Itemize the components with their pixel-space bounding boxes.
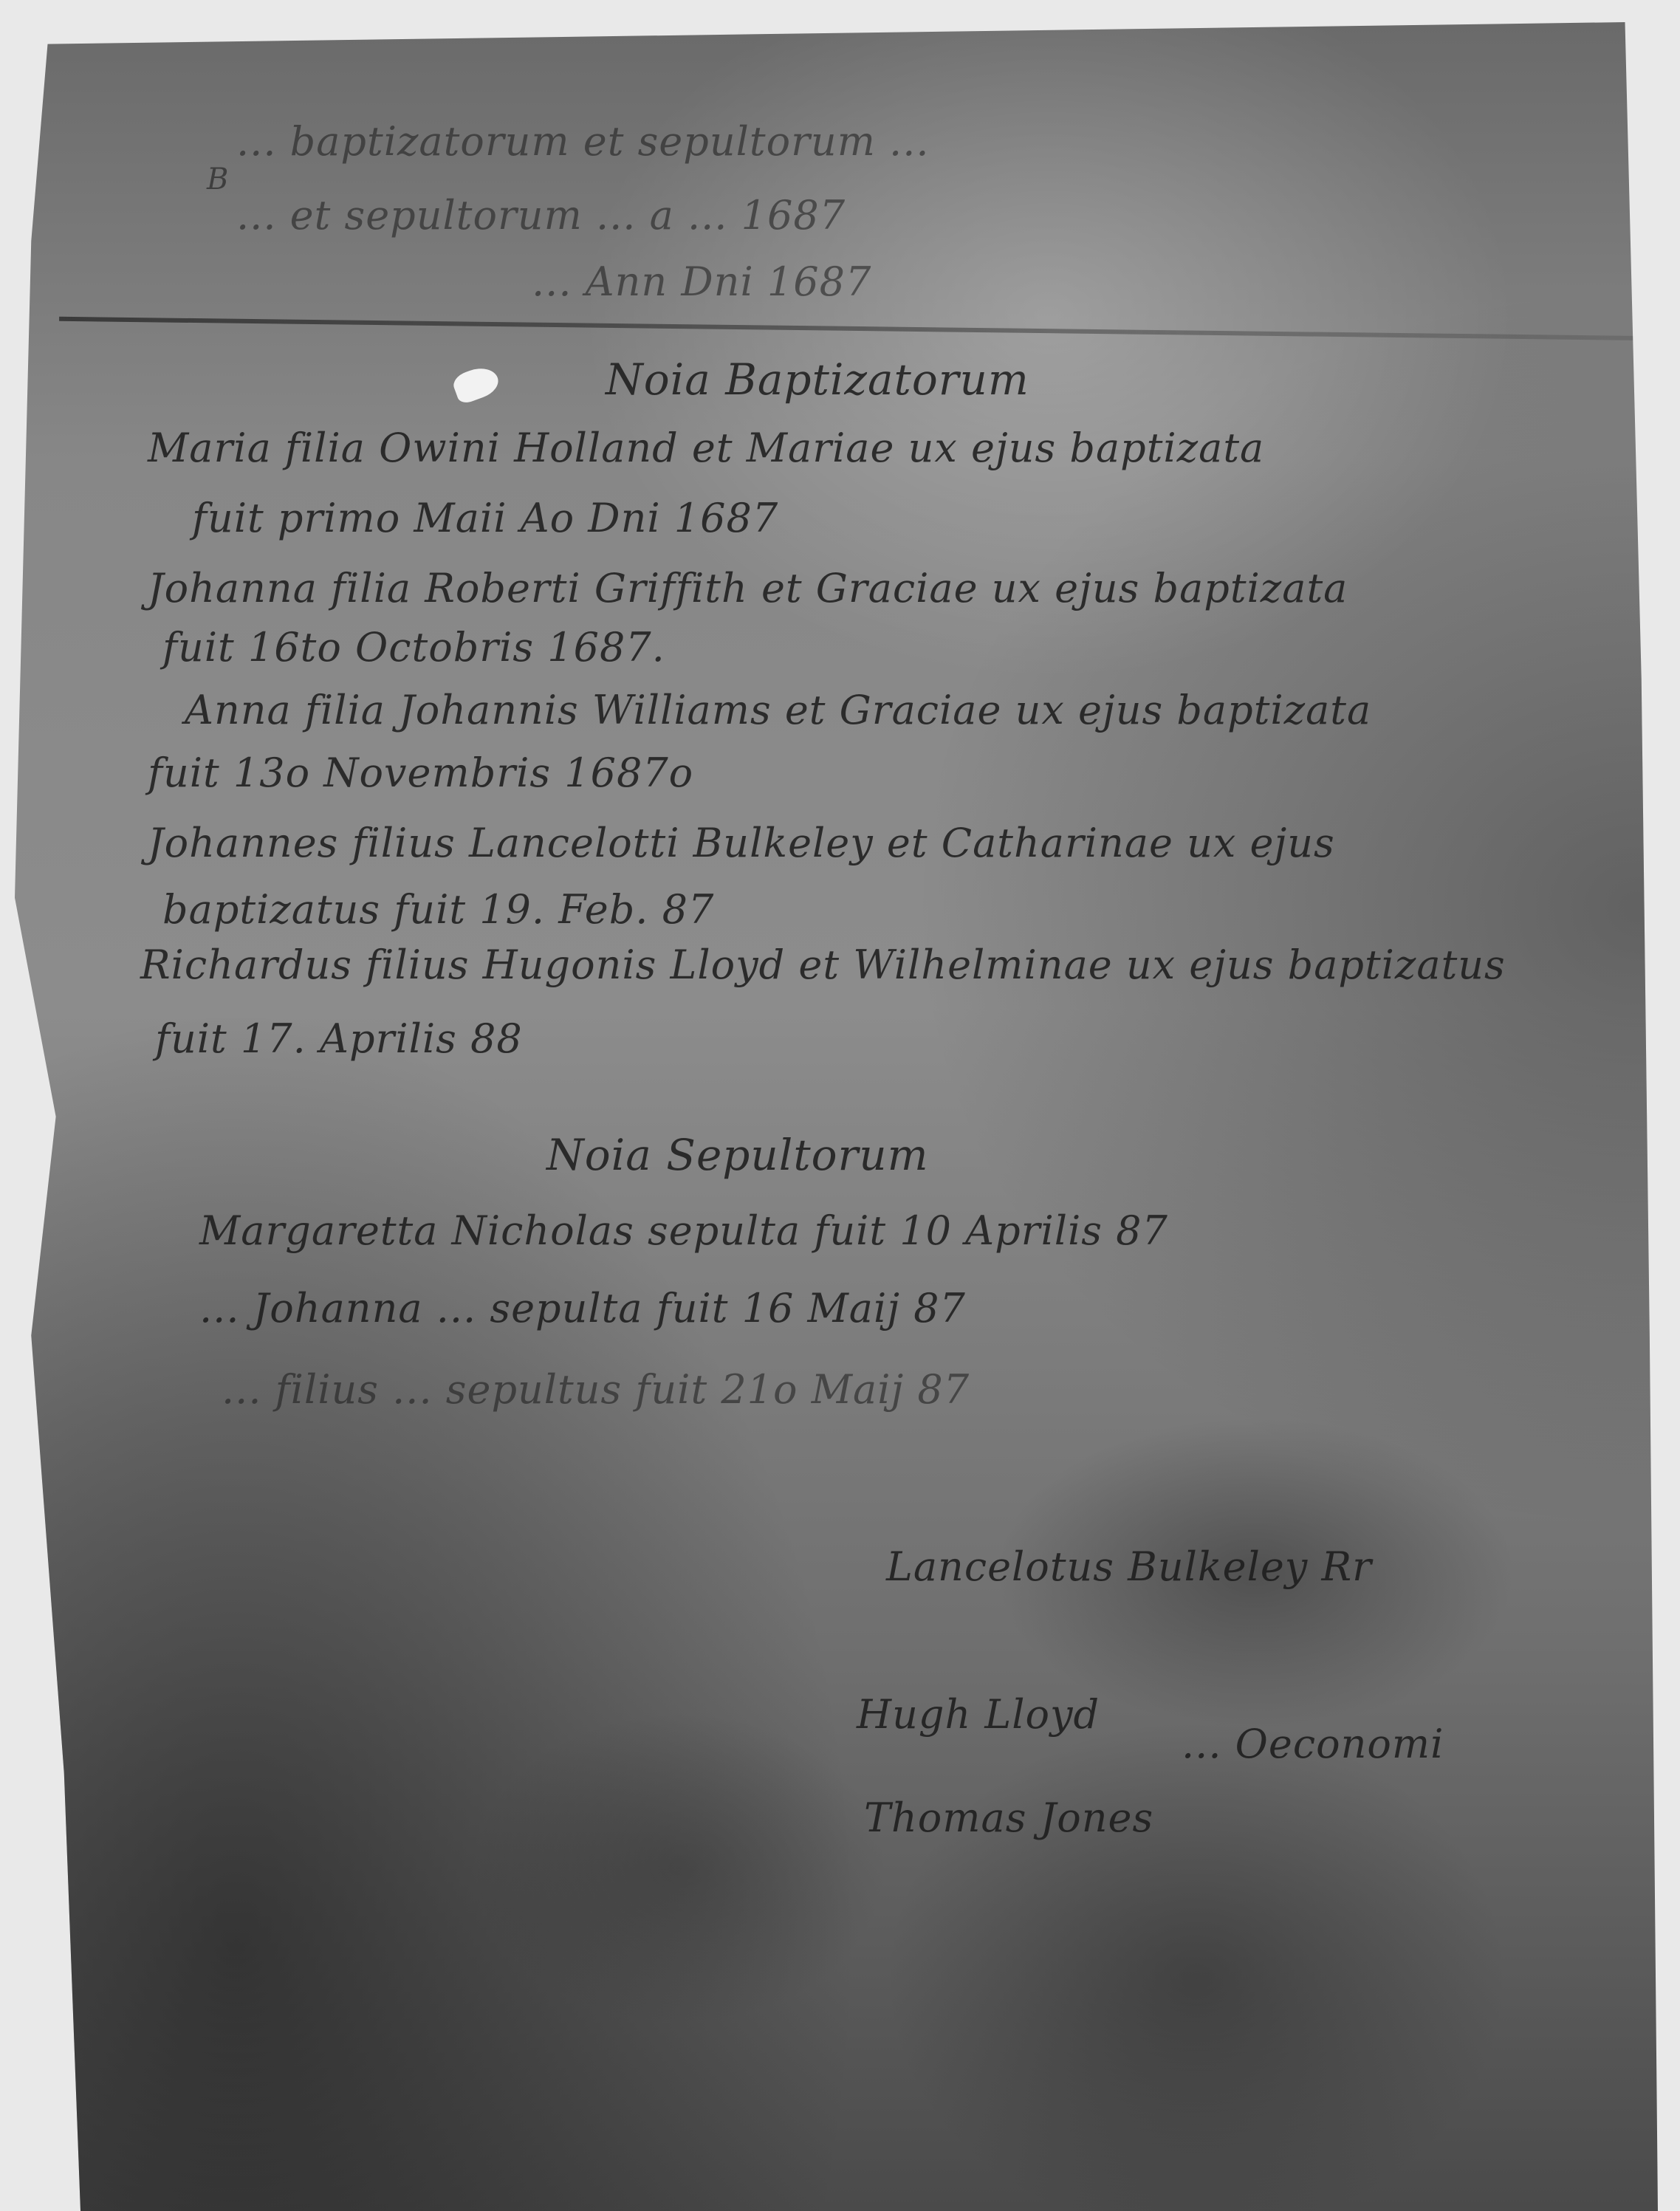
burial-entry: ... Johanna ... sepulta fuit 16 Maij 87 [199, 1285, 966, 1331]
baptism-entry: fuit primo Maii Ao Dni 1687 [192, 495, 778, 541]
signature-warden-1: Hugh Lloyd [857, 1691, 1100, 1738]
manuscript-page: ... baptizatorum et sepultorum ... ... e… [15, 22, 1658, 2211]
baptism-entry: fuit 13o Novembris 1687o [148, 750, 693, 796]
baptism-entry: Maria filia Owini Holland et Mariae ux e… [148, 425, 1264, 471]
baptism-entry: Johanna filia Roberti Griffith et Gracia… [148, 565, 1348, 611]
baptism-entry: fuit 16to Octobris 1687. [162, 624, 665, 671]
baptism-entry: Anna filia Johannis Williams et Graciae … [185, 687, 1371, 733]
burials-heading: Noia Sepultorum [546, 1130, 929, 1180]
paper-tear-hole [450, 363, 502, 405]
burial-entry: ... filius ... sepultus fuit 21o Maij 87 [222, 1366, 970, 1413]
signature-title: ... Oeconomi [1182, 1721, 1444, 1767]
header-line-2: ... et sepultorum ... a ... 1687 [236, 192, 846, 239]
baptism-entry: baptizatus fuit 19. Feb. 87 [162, 886, 714, 933]
baptism-entry: Johannes filius Lancelotti Bulkeley et C… [148, 820, 1335, 866]
signature-warden-2: Thomas Jones [864, 1794, 1153, 1841]
signature-rector: Lancelotus Bulkeley Rr [886, 1543, 1372, 1590]
burial-entry: Margaretta Nicholas sepulta fuit 10 Apri… [199, 1207, 1168, 1254]
header-line-3: ... Ann Dni 1687 [532, 258, 871, 305]
header-line-1: ... baptizatorum et sepultorum ... [236, 118, 930, 165]
paper-fold-line [59, 317, 1654, 340]
margin-note-1: B [207, 162, 229, 196]
baptism-entry: Richardus filius Hugonis Lloyd et Wilhel… [140, 942, 1506, 988]
baptisms-heading: Noia Baptizatorum [606, 354, 1029, 405]
baptism-entry: fuit 17. Aprilis 88 [155, 1015, 523, 1062]
